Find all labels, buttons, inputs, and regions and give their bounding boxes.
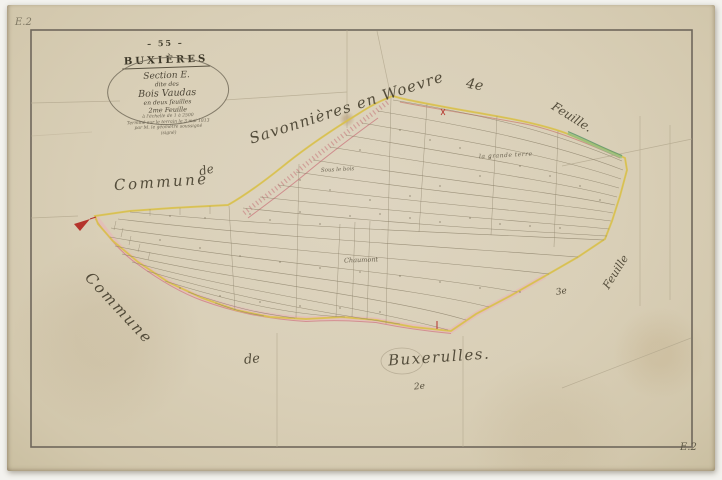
- boundary-flag-icon: [74, 219, 90, 231]
- sheet-code-top-left: E.2: [15, 17, 32, 28]
- label-de-bottom: de: [243, 352, 260, 367]
- title-cartouche: – 55 – BUXIÈRES Section E. dite des Bois…: [96, 36, 237, 139]
- label-lieu-chaumont: Chaumont: [344, 256, 378, 264]
- label-mark-2e: 2e: [414, 383, 426, 393]
- sheet-code-bottom-right: E.2: [680, 442, 697, 453]
- label-mark-3e: 3e: [555, 287, 567, 298]
- label-mark-4e: 4e: [465, 77, 484, 94]
- boundary-pink-band: [95, 216, 545, 334]
- boundary-green-band: [568, 132, 622, 158]
- scanned-cadastral-sheet: E.2 E.2 – 55 – BUXIÈRES Section E. dite …: [0, 0, 722, 480]
